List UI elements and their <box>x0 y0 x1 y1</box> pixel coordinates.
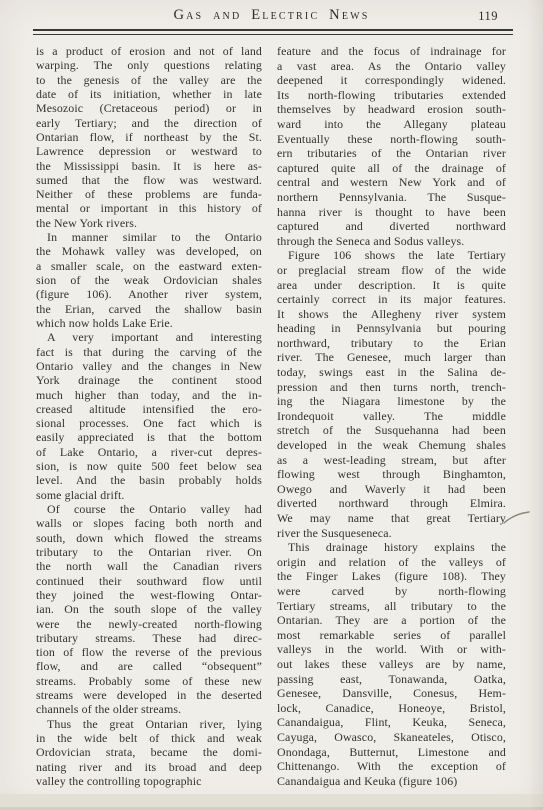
text-line: We may name that great Tertiary <box>277 511 506 526</box>
left-text-column: is a product of erosion and not of landw… <box>36 44 262 788</box>
text-line: Mesozoic (Cretaceous period) or in <box>36 101 262 115</box>
text-line: tributary streams. These had direc- <box>36 631 262 645</box>
text-line: northern Pennsylvania. The Susque- <box>277 190 506 205</box>
text-line: valleys in the world. With or with- <box>277 642 506 657</box>
text-line: Thus the great Ontarian river, lying <box>36 717 262 731</box>
text-line: certainly correct in its major features. <box>277 292 506 307</box>
text-line: Tertiary streams, all tributary to the <box>277 599 506 614</box>
text-line: easily appreciated is that the bottom <box>36 430 262 444</box>
text-line: captured and diverted northward <box>277 219 506 234</box>
text-line: south, down which flowed the streams <box>36 531 262 545</box>
page-number: 119 <box>478 9 498 24</box>
text-line: York drainage the continent stood <box>36 373 262 387</box>
text-line: heading in Pennsylvania but pouring <box>277 321 506 336</box>
text-line: tion of flow the reverse of the previous <box>36 645 262 659</box>
text-line: Of course the Ontario valley had <box>36 502 262 516</box>
text-line: of Lake Ontario, a river-cut depres- <box>36 445 262 459</box>
text-line: a smaller scale, on the eastward exten- <box>36 259 262 273</box>
pencil-dash-mark-icon <box>502 509 532 527</box>
text-line: Ontarian. They are a portion of the <box>277 613 506 628</box>
text-line: were carved by north-flowing <box>277 584 506 599</box>
text-line: diverted northward through Elmira. <box>277 496 506 511</box>
text-line: continued their southward flow until <box>36 574 262 588</box>
text-line: walls or slopes facing both north and <box>36 516 262 530</box>
text-line: flow, and are called “obsequent” <box>36 659 262 673</box>
text-line: nating river and its broad and deep <box>36 760 262 774</box>
text-line: most remarkable series of parallel <box>277 628 506 643</box>
text-line: the Mohawk valley was developed, on <box>36 244 262 258</box>
text-line: captured quite all of the drainage of <box>277 161 506 176</box>
paragraph: is a product of erosion and not of landw… <box>36 44 262 230</box>
header-divider-rule <box>33 29 513 35</box>
text-line: some glacial drift. <box>36 488 262 502</box>
text-line: warping. The only questions relating <box>36 58 262 72</box>
text-line: Owego and Waverly it had been <box>277 482 506 497</box>
text-line: lock, Canadice, Honeoye, Bristol, <box>277 701 506 716</box>
text-line: the New York rivers. <box>36 216 262 230</box>
scan-bottom-edge <box>0 794 543 810</box>
running-title: Gas and Electric News <box>0 7 543 24</box>
paragraph: This drainage history explains theorigin… <box>277 540 506 788</box>
text-line: much higher than today, and the in- <box>36 388 262 402</box>
text-line: Genesee, Dansville, Conesus, Hem- <box>277 686 506 701</box>
text-line: This drainage history explains the <box>277 540 506 555</box>
text-line: to the genesis of the valley are the <box>36 73 262 87</box>
text-line: today, swings east in the Salina de- <box>277 365 506 380</box>
text-columns: is a product of erosion and not of landw… <box>36 44 506 788</box>
scan-right-edge-shadow <box>529 0 543 810</box>
text-line: Ordovician strata, became the domi- <box>36 745 262 759</box>
text-line: tributary to the Ontarian river. On <box>36 545 262 559</box>
text-line: developed in the weak Chemung shales <box>277 438 506 453</box>
text-line: Onondaga, Butternut, Limestone and <box>277 745 506 760</box>
text-line: river the Susqueseneca. <box>277 526 506 541</box>
text-line: origin and relation of the valleys of <box>277 555 506 570</box>
text-line: the Erian, carved the shallow basin <box>36 302 262 316</box>
text-line: they joined the west-flowing Ontar- <box>36 588 262 602</box>
text-line: were the newly-created north-flowing <box>36 617 262 631</box>
text-line: It shows the Allegheny river system <box>277 307 506 322</box>
text-line: fact is that during the carving of the <box>36 345 262 359</box>
text-line: northward, tributary to the Erian <box>277 336 506 351</box>
text-line: Irondequoit valley. The middle <box>277 409 506 424</box>
text-line: level. And the basin probably holds <box>36 473 262 487</box>
text-line: Canandaigua and Keuka (figure 106) <box>277 774 506 789</box>
text-line: deepened it correspondingly widened. <box>277 73 506 88</box>
text-line: a vast area. As the Ontario valley <box>277 59 506 74</box>
text-line: themselves by headward erosion south- <box>277 102 506 117</box>
text-line: ern tributaries of the Ontarian river <box>277 146 506 161</box>
text-line: through the Seneca and Sodus valleys. <box>277 234 506 249</box>
text-line: valley the controlling topographic <box>36 774 262 788</box>
text-line: hanna river is thought to have been <box>277 205 506 220</box>
text-line: the Finger Lakes (figure 108). They <box>277 569 506 584</box>
text-line: streams. Probably some of these new <box>36 674 262 688</box>
text-line: in the wide belt of thick and weak <box>36 731 262 745</box>
text-line: sion of the weak Ordovician shales <box>36 273 262 287</box>
text-line: Figure 106 shows the late Tertiary <box>277 248 506 263</box>
text-line: central and western New York and of <box>277 175 506 190</box>
text-line: mental or important in this history of <box>36 201 262 215</box>
text-line: ward into the Allegany plateau <box>277 117 506 132</box>
paragraph: feature and the focus of indrainage fora… <box>277 44 506 248</box>
text-line: which now holds Lake Erie. <box>36 316 262 330</box>
text-line: stretch of the Susquehanna had been <box>277 423 506 438</box>
text-line: (figure 106). Another river system, <box>36 287 262 301</box>
text-line: the north wall the Canadian rivers <box>36 559 262 573</box>
text-line: Its north-flowing tributaries extended <box>277 88 506 103</box>
text-line: Cayuga, Owasco, Skaneateles, Otisco, <box>277 730 506 745</box>
text-line: is a product of erosion and not of land <box>36 44 262 58</box>
text-line: date of its initiation, whether in late <box>36 87 262 101</box>
text-line: area under description. It is quite <box>277 278 506 293</box>
paragraph: Of course the Ontario valley hadwalls or… <box>36 502 262 717</box>
text-line: streams were developed in the deserted <box>36 688 262 702</box>
text-line: the Mississippi basin. It is here as- <box>36 159 262 173</box>
text-line: In manner similar to the Ontario <box>36 230 262 244</box>
text-line: flowing west through Binghamton, <box>277 467 506 482</box>
paragraph: A very important and interestingfact is … <box>36 330 262 502</box>
text-line: Neither of these problems are funda- <box>36 187 262 201</box>
text-line: feature and the focus of indrainage for <box>277 44 506 59</box>
right-text-column: feature and the focus of indrainage fora… <box>277 44 506 788</box>
text-line: Ontario valley and the changes in New <box>36 359 262 373</box>
paragraph: Thus the great Ontarian river, lyingin t… <box>36 717 262 789</box>
paragraph: In manner similar to the Ontariothe Moha… <box>36 230 262 330</box>
text-line: or preglacial stream flow of the wide <box>277 263 506 278</box>
text-line: Eventually these north-flowing south- <box>277 132 506 147</box>
page-header: Gas and Electric News 119 <box>0 7 543 29</box>
text-line: Chittenango. With the exception of <box>277 759 506 774</box>
text-line: early Tertiary; and the direction of <box>36 116 262 130</box>
text-line: channels of the older streams. <box>36 702 262 716</box>
text-line: as a west-leading stream, but after <box>277 453 506 468</box>
text-line: creased altitude intensified the ero- <box>36 402 262 416</box>
text-line: A very important and interesting <box>36 330 262 344</box>
text-line: ian. On the south slope of the valley <box>36 602 262 616</box>
text-line: Canandaigua, Flint, Keuka, Seneca, <box>277 715 506 730</box>
text-line: out lakes these valleys are by name, <box>277 657 506 672</box>
text-line: ing the Niagara limestone by the <box>277 394 506 409</box>
text-line: Ontarian flow, if northeast by the St. <box>36 130 262 144</box>
text-line: passing east, Tonawanda, Oatka, <box>277 672 506 687</box>
text-line: Lawrence depression or westward to <box>36 144 262 158</box>
text-line: pression and then turns north, trench- <box>277 380 506 395</box>
text-line: sional processes. One fact which is <box>36 416 262 430</box>
text-line: river. The Genesee, much larger than <box>277 350 506 365</box>
text-line: sion, is now quite 500 feet below sea <box>36 459 262 473</box>
paragraph: Figure 106 shows the late Tertiaryor pre… <box>277 248 506 540</box>
scanned-book-page: Gas and Electric News 119 is a product o… <box>0 0 543 810</box>
text-line: sumed that the flow was westward. <box>36 173 262 187</box>
